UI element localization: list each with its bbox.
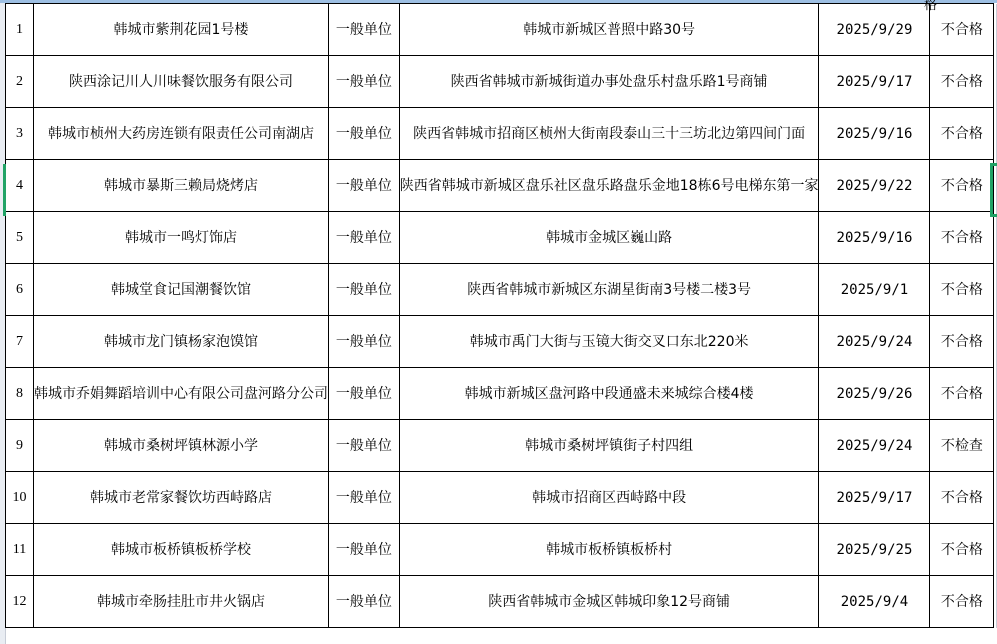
table-row: 10韩城市老常家餐饮坊西峙路店一般单位韩城市招商区西峙路中段2025/9/17不… bbox=[6, 472, 997, 524]
address-cell[interactable]: 陕西省韩城市新城区盘乐社区盘乐路盘乐金地18栋6号电梯东第一家 bbox=[399, 160, 819, 212]
address-cell[interactable]: 陕西省韩城市招商区桢州大街南段泰山三十三坊北边第四间门面 bbox=[399, 108, 819, 160]
table-row: 3韩城市桢州大药房连锁有限责任公司南湖店一般单位陕西省韩城市招商区桢州大街南段泰… bbox=[6, 108, 997, 160]
result-cell[interactable]: 不合格 bbox=[930, 56, 994, 108]
spreadsheet-grid: 1韩城市紫荆花园1号楼一般单位韩城市新城区普照中路30号2025/9/29不合格… bbox=[5, 3, 997, 628]
address-cell[interactable]: 陕西省韩城市金城区韩城印象12号商铺 bbox=[399, 576, 819, 628]
next-column-cell[interactable] bbox=[994, 420, 997, 472]
table-row: 5韩城市一鸣灯饰店一般单位韩城市金城区巍山路2025/9/16不合格 bbox=[6, 212, 997, 264]
row-number-cell[interactable]: 11 bbox=[6, 524, 34, 576]
next-column-cell[interactable] bbox=[994, 212, 997, 264]
date-cell[interactable]: 2025/9/22 bbox=[819, 160, 930, 212]
row-number-cell[interactable]: 4 bbox=[6, 160, 34, 212]
unit-name-cell[interactable]: 韩城市桢州大药房连锁有限责任公司南湖店 bbox=[33, 108, 328, 160]
unit-name-cell[interactable]: 韩城市紫荆花园1号楼 bbox=[33, 4, 328, 56]
date-cell[interactable]: 2025/9/17 bbox=[819, 56, 930, 108]
address-cell[interactable]: 韩城市招商区西峙路中段 bbox=[399, 472, 819, 524]
result-cell[interactable]: 不合格 bbox=[930, 368, 994, 420]
next-column-cell[interactable] bbox=[994, 524, 997, 576]
address-cell[interactable]: 韩城市新城区盘河路中段通盛未来城综合楼4楼 bbox=[399, 368, 819, 420]
row-number-cell[interactable]: 1 bbox=[6, 4, 34, 56]
date-cell[interactable]: 2025/9/16 bbox=[819, 108, 930, 160]
address-cell[interactable]: 韩城市新城区普照中路30号 bbox=[399, 4, 819, 56]
next-column-cell[interactable] bbox=[994, 108, 997, 160]
unit-type-cell[interactable]: 一般单位 bbox=[328, 160, 399, 212]
unit-type-cell[interactable]: 一般单位 bbox=[328, 420, 399, 472]
date-cell[interactable]: 2025/9/16 bbox=[819, 212, 930, 264]
date-cell[interactable]: 2025/9/29 bbox=[819, 4, 930, 56]
unit-name-cell[interactable]: 陕西涂记川人川味餐饮服务有限公司 bbox=[33, 56, 328, 108]
unit-name-cell[interactable]: 韩城市老常家餐饮坊西峙路店 bbox=[33, 472, 328, 524]
unit-type-cell[interactable]: 一般单位 bbox=[328, 4, 399, 56]
table-row: 7韩城市龙门镇杨家泡馍馆一般单位韩城市禹门大街与玉镜大街交叉口东北220米202… bbox=[6, 316, 997, 368]
next-column-cell[interactable] bbox=[994, 56, 997, 108]
result-cell[interactable]: 不合格 bbox=[930, 108, 994, 160]
selection-indicator-left bbox=[3, 164, 6, 216]
next-column-cell[interactable] bbox=[994, 4, 997, 56]
row-number-cell[interactable]: 3 bbox=[6, 108, 34, 160]
result-cell[interactable]: 不合格 bbox=[930, 472, 994, 524]
table-row: 6韩城堂食记国潮餐饮馆一般单位陕西省韩城市新城区东湖星街南3号楼二楼3号2025… bbox=[6, 264, 997, 316]
date-cell[interactable]: 2025/9/25 bbox=[819, 524, 930, 576]
unit-type-cell[interactable]: 一般单位 bbox=[328, 472, 399, 524]
row-number-cell[interactable]: 8 bbox=[6, 368, 34, 420]
unit-type-cell[interactable]: 一般单位 bbox=[328, 264, 399, 316]
row-number-cell[interactable]: 10 bbox=[6, 472, 34, 524]
date-cell[interactable]: 2025/9/1 bbox=[819, 264, 930, 316]
row-number-cell[interactable]: 12 bbox=[6, 576, 34, 628]
address-cell[interactable]: 韩城市禹门大街与玉镜大街交叉口东北220米 bbox=[399, 316, 819, 368]
date-cell[interactable]: 2025/9/26 bbox=[819, 368, 930, 420]
address-cell[interactable]: 韩城市板桥镇板桥村 bbox=[399, 524, 819, 576]
active-cell-selection[interactable] bbox=[990, 163, 997, 217]
row-number-cell[interactable]: 2 bbox=[6, 56, 34, 108]
unit-name-cell[interactable]: 韩城堂食记国潮餐饮馆 bbox=[33, 264, 328, 316]
row-number-cell[interactable]: 7 bbox=[6, 316, 34, 368]
table-row: 8韩城市乔娟舞蹈培训中心有限公司盘河路分公司一般单位韩城市新城区盘河路中段通盛未… bbox=[6, 368, 997, 420]
unit-type-cell[interactable]: 一般单位 bbox=[328, 576, 399, 628]
next-column-cell[interactable] bbox=[994, 316, 997, 368]
result-cell[interactable]: 不合格 bbox=[930, 316, 994, 368]
address-cell[interactable]: 陕西省韩城市新城区东湖星街南3号楼二楼3号 bbox=[399, 264, 819, 316]
date-cell[interactable]: 2025/9/24 bbox=[819, 420, 930, 472]
row-number-cell[interactable]: 6 bbox=[6, 264, 34, 316]
result-cell[interactable]: 不合格 bbox=[930, 160, 994, 212]
unit-name-cell[interactable]: 韩城市暴斯三赖局烧烤店 bbox=[33, 160, 328, 212]
next-column-cell[interactable] bbox=[994, 472, 997, 524]
unit-type-cell[interactable]: 一般单位 bbox=[328, 368, 399, 420]
unit-type-cell[interactable]: 一般单位 bbox=[328, 316, 399, 368]
next-column-cell[interactable] bbox=[994, 576, 997, 628]
table-row: 1韩城市紫荆花园1号楼一般单位韩城市新城区普照中路30号2025/9/29不合格 bbox=[6, 4, 997, 56]
result-cell[interactable]: 不合格 bbox=[930, 4, 994, 56]
unit-name-cell[interactable]: 韩城市板桥镇板桥学校 bbox=[33, 524, 328, 576]
address-cell[interactable]: 陕西省韩城市新城街道办事处盘乐村盘乐路1号商铺 bbox=[399, 56, 819, 108]
unit-name-cell[interactable]: 韩城市乔娟舞蹈培训中心有限公司盘河路分公司 bbox=[33, 368, 328, 420]
table-row: 12韩城市牵肠挂肚市井火锅店一般单位陕西省韩城市金城区韩城印象12号商铺2025… bbox=[6, 576, 997, 628]
next-column-cell[interactable] bbox=[994, 368, 997, 420]
unit-type-cell[interactable]: 一般单位 bbox=[328, 524, 399, 576]
unit-type-cell[interactable]: 一般单位 bbox=[328, 108, 399, 160]
date-cell[interactable]: 2025/9/17 bbox=[819, 472, 930, 524]
row-number-cell[interactable]: 9 bbox=[6, 420, 34, 472]
unit-name-cell[interactable]: 韩城市一鸣灯饰店 bbox=[33, 212, 328, 264]
table-row: 11韩城市板桥镇板桥学校一般单位韩城市板桥镇板桥村2025/9/25不合格 bbox=[6, 524, 997, 576]
unit-type-cell[interactable]: 一般单位 bbox=[328, 56, 399, 108]
date-cell[interactable]: 2025/9/24 bbox=[819, 316, 930, 368]
address-cell[interactable]: 韩城市桑树坪镇街子村四组 bbox=[399, 420, 819, 472]
address-cell[interactable]: 韩城市金城区巍山路 bbox=[399, 212, 819, 264]
unit-name-cell[interactable]: 韩城市桑树坪镇林源小学 bbox=[33, 420, 328, 472]
date-cell[interactable]: 2025/9/4 bbox=[819, 576, 930, 628]
unit-name-cell[interactable]: 韩城市龙门镇杨家泡馍馆 bbox=[33, 316, 328, 368]
result-cell[interactable]: 不合格 bbox=[930, 212, 994, 264]
result-cell[interactable]: 不合格 bbox=[930, 264, 994, 316]
unit-type-cell[interactable]: 一般单位 bbox=[328, 212, 399, 264]
result-cell[interactable]: 不检查 bbox=[930, 420, 994, 472]
table-row: 9韩城市桑树坪镇林源小学一般单位韩城市桑树坪镇街子村四组2025/9/24不检查 bbox=[6, 420, 997, 472]
result-cell[interactable]: 不合格 bbox=[930, 576, 994, 628]
row-number-cell[interactable]: 5 bbox=[6, 212, 34, 264]
table-row: 2陕西涂记川人川味餐饮服务有限公司一般单位陕西省韩城市新城街道办事处盘乐村盘乐路… bbox=[6, 56, 997, 108]
result-cell[interactable]: 不合格 bbox=[930, 524, 994, 576]
table-row: 4韩城市暴斯三赖局烧烤店一般单位陕西省韩城市新城区盘乐社区盘乐路盘乐金地18栋6… bbox=[6, 160, 997, 212]
unit-name-cell[interactable]: 韩城市牵肠挂肚市井火锅店 bbox=[33, 576, 328, 628]
next-column-cell[interactable] bbox=[994, 264, 997, 316]
